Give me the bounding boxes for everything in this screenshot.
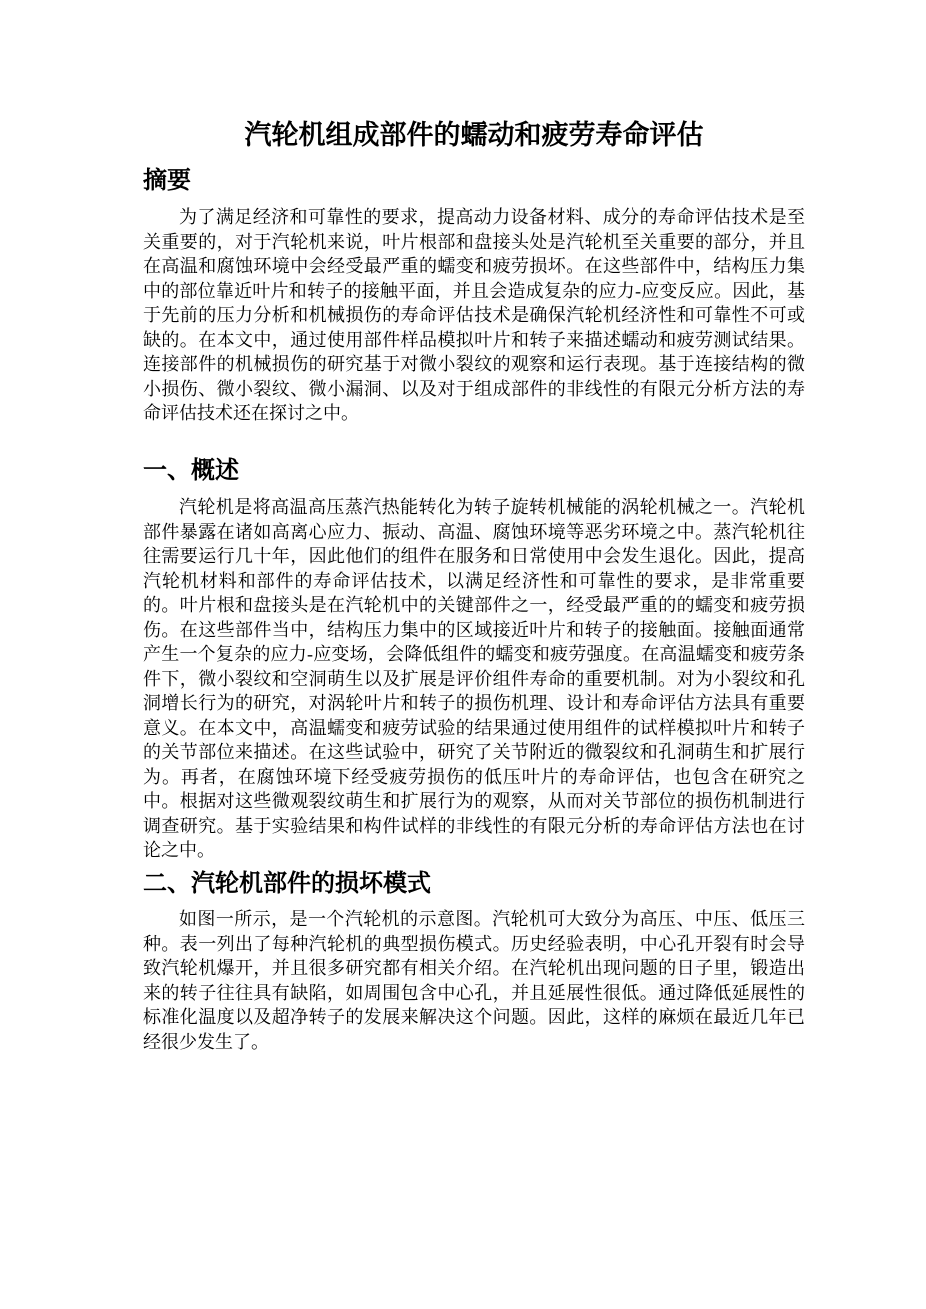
section-2-damage-modes-heading: 二、汽轮机部件的损坏模式 xyxy=(143,869,431,899)
section-1-overview-paragraph: 汽轮机是将高温高压蒸汽热能转化为转子旋转机械能的涡轮机械之一。汽轮机部件暴露在诸… xyxy=(143,495,805,863)
abstract-heading: 摘要 xyxy=(143,166,191,196)
document-title: 汽轮机组成部件的蠕动和疲劳寿命评估 xyxy=(143,117,805,153)
abstract-paragraph: 为了满足经济和可靠性的要求，提高动力设备材料、成分的寿命评估技术是至关重要的，对… xyxy=(143,205,805,426)
document-page: 汽轮机组成部件的蠕动和疲劳寿命评估 摘要 为了满足经济和可靠性的要求，提高动力设… xyxy=(0,0,926,1309)
section-2-damage-modes-paragraph: 如图一所示，是一个汽轮机的示意图。汽轮机可大致分为高压、中压、低压三种。表一列出… xyxy=(143,907,805,1054)
section-1-overview-heading: 一、概述 xyxy=(143,456,239,486)
